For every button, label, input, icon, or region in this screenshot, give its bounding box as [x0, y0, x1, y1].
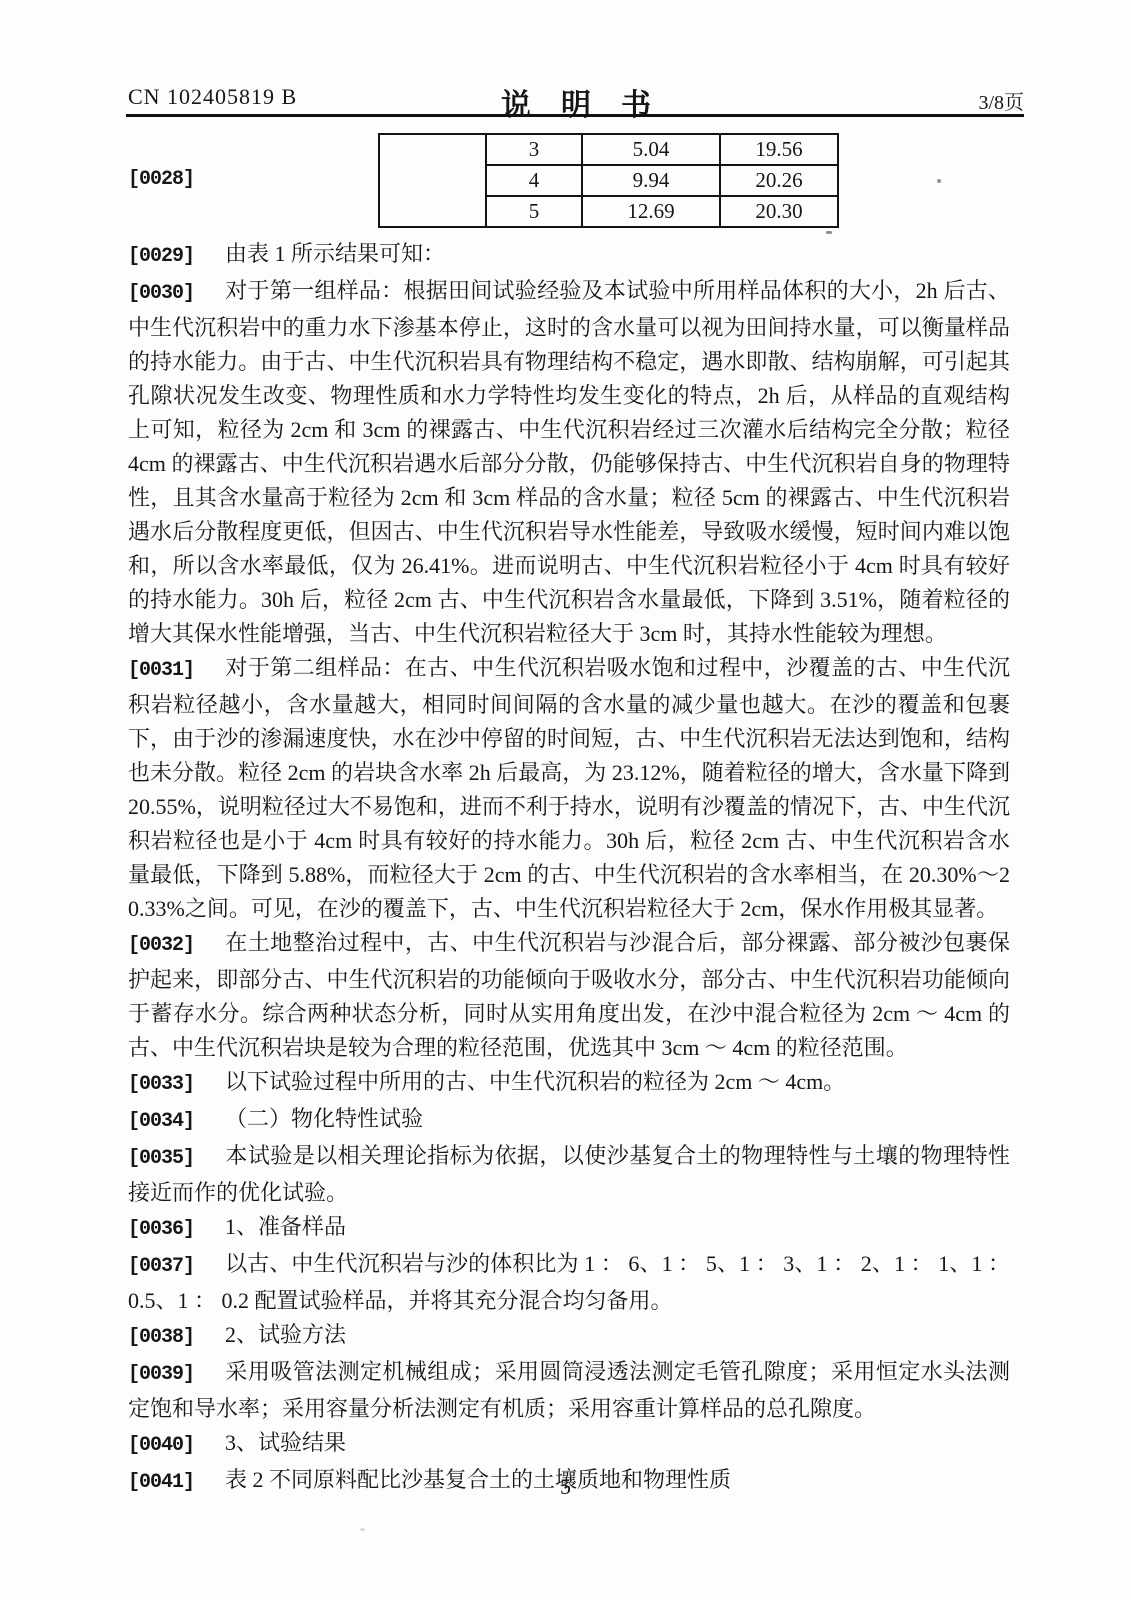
paragraph-0039: [0039]采用吸管法测定机械组成；采用圆筒浸透法测定毛管孔隙度；采用恒定水头法…: [128, 1355, 1010, 1426]
paragraph-0037: [0037]以古、中生代沉积岩与沙的体积比为 1 ： 6、1 ： 5、1 ： 3…: [128, 1247, 1010, 1318]
document-title: 说 明 书: [501, 80, 651, 124]
table-cell: 20.26: [720, 165, 838, 196]
scan-speck: [826, 231, 832, 234]
table-cell: 9.94: [582, 165, 720, 196]
paragraph-0038: [0038]2、试验方法: [128, 1318, 1010, 1355]
paragraph-tag: [0031]: [128, 654, 225, 688]
scan-speck: [937, 179, 941, 183]
paragraph-text: 以下试验过程中所用的古、中生代沉积岩的粒径为 2cm ～ 4cm。: [225, 1069, 845, 1094]
header-divider: [126, 114, 1024, 117]
table-cell: 12.69: [582, 196, 720, 227]
table-row: 3 5.04 19.56: [379, 134, 838, 165]
paragraph-0036: [0036]1、准备样品: [128, 1210, 1010, 1247]
paragraph-tag: [0034]: [128, 1105, 225, 1139]
scan-speck: [360, 1528, 365, 1531]
page-header: CN 102405819 B 说 明 书 3/8页: [128, 80, 1024, 112]
paragraph-text: 由表 1 所示结果可知：: [225, 241, 445, 266]
paragraph-0040: [0040]3、试验结果: [128, 1426, 1010, 1463]
paragraph-tag: [0030]: [128, 277, 225, 311]
paragraph-text: 2、试验方法: [225, 1322, 346, 1347]
paragraph-tag: [0038]: [128, 1321, 225, 1355]
paragraph-tag: [0039]: [128, 1358, 225, 1392]
table-cell: 20.30: [720, 196, 838, 227]
table-cell: 5.04: [582, 134, 720, 165]
table-cell: 4: [486, 165, 582, 196]
paragraph-text: 1、准备样品: [225, 1214, 346, 1239]
paragraph-0032: [0032]在土地整治过程中，古、中生代沉积岩与沙混合后，部分裸露、部分被沙包裹…: [128, 926, 1010, 1065]
document-number: CN 102405819 B: [128, 84, 297, 110]
table-empty-cell: [379, 134, 486, 227]
paragraph-text: 采用吸管法测定机械组成；采用圆筒浸透法测定毛管孔隙度；采用恒定水头法测定饱和导水…: [128, 1359, 1010, 1421]
paragraph-text: （二）物化特性试验: [225, 1106, 423, 1131]
page-footer: 5: [0, 1474, 1131, 1500]
paragraph-text: 对于第二组样品：在古、中生代沉积岩吸水饱和过程中，沙覆盖的古、中生代沉积岩粒径越…: [128, 655, 1010, 921]
paragraph-0029: [0029]由表 1 所示结果可知：: [128, 237, 1010, 274]
patent-document-page: CN 102405819 B 说 明 书 3/8页 [0028] 3 5.04 …: [0, 0, 1131, 1600]
paragraph-text: 在土地整治过程中，古、中生代沉积岩与沙混合后，部分裸露、部分被沙包裹保护起来，即…: [128, 930, 1010, 1060]
paragraph-tag-0028: [0028]: [128, 168, 225, 191]
paragraph-tag: [0032]: [128, 929, 225, 963]
paragraph-tag: [0035]: [128, 1142, 225, 1176]
paragraph-0033: [0033]以下试验过程中所用的古、中生代沉积岩的粒径为 2cm ～ 4cm。: [128, 1065, 1010, 1102]
paragraph-tag: [0037]: [128, 1250, 225, 1284]
data-table: 3 5.04 19.56 4 9.94 20.26 5 12.69 20.30: [378, 133, 839, 228]
table-cell: 19.56: [720, 134, 838, 165]
paragraph-tag: [0029]: [128, 240, 225, 274]
paragraph-0035: [0035]本试验是以相关理论指标为依据，以使沙基复合土的物理特性与土壤的物理特…: [128, 1139, 1010, 1210]
paragraph-text: 3、试验结果: [225, 1430, 346, 1455]
page-indicator: 3/8页: [978, 86, 1024, 115]
page-number: 5: [560, 1474, 571, 1499]
paragraph-text: 对于第一组样品：根据田间试验经验及本试验中所用样品体积的大小，2h 后古、中生代…: [128, 278, 1010, 646]
paragraph-text: 本试验是以相关理论指标为依据，以使沙基复合土的物理特性与土壤的物理特性接近而作的…: [128, 1143, 1010, 1205]
paragraph-text: 以古、中生代沉积岩与沙的体积比为 1 ： 6、1 ： 5、1 ： 3、1 ： 2…: [128, 1251, 1010, 1313]
table-cell: 3: [486, 134, 582, 165]
paragraph-tag: [0040]: [128, 1429, 225, 1463]
paragraph-0034: [0034]（二）物化特性试验: [128, 1102, 1010, 1139]
paragraph-tag: [0033]: [128, 1068, 225, 1102]
paragraph-0031: [0031]对于第二组样品：在古、中生代沉积岩吸水饱和过程中，沙覆盖的古、中生代…: [128, 651, 1010, 926]
paragraph-0030: [0030]对于第一组样品：根据田间试验经验及本试验中所用样品体积的大小，2h …: [128, 274, 1010, 651]
table-cell: 5: [486, 196, 582, 227]
paragraph-tag: [0036]: [128, 1213, 225, 1247]
specification-body: [0029]由表 1 所示结果可知： [0030]对于第一组样品：根据田间试验经…: [128, 237, 1010, 1500]
